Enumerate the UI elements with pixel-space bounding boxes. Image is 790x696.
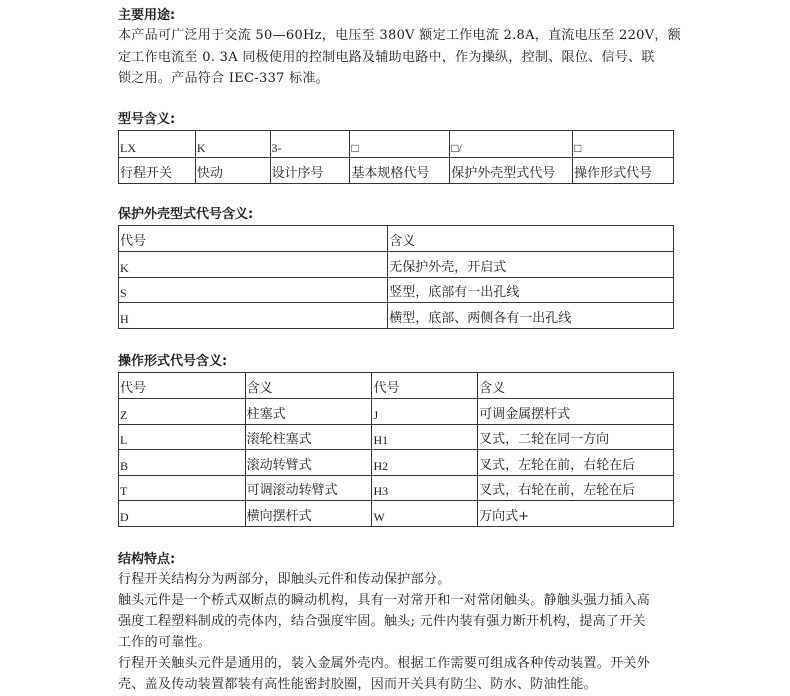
code-cell: K [119, 252, 388, 278]
usage-line: 锁之用。产品符合 IEC-337 标准。 [118, 68, 678, 90]
column-header: 代号 [372, 373, 478, 399]
table-header-row: 代号 含义 代号 含义 [119, 373, 674, 399]
column-header: 代号 [119, 226, 388, 252]
model-meaning-cell: 行程开关 [119, 158, 196, 184]
meaning-cell: 竖型，底部有一出孔线 [388, 278, 674, 303]
code-cell: L [119, 425, 246, 450]
model-meaning-cell: 设计序号 [270, 158, 350, 184]
usage-heading: 主要用途: [118, 8, 175, 24]
column-header: 含义 [388, 226, 674, 252]
table-header-row: 代号 含义 [119, 226, 674, 252]
structure-line: 行程开关触头元件是通用的，装入金属外壳内。根据工作需要可组成各种传动装置。开关外 [118, 653, 678, 674]
meaning-cell: 叉式，左轮在前，右轮在后 [478, 450, 674, 476]
model-code-cell: □/ [450, 131, 573, 158]
model-meaning-cell: 操作形式代号 [573, 158, 674, 184]
meaning-cell: 万向式+ [478, 501, 674, 527]
meaning-cell: 叉式，二轮在同一方向 [478, 425, 674, 450]
structure-line: 触头元件是一个桥式双断点的瞬动机构，具有一对常开和一对常闭触头。静触头强力插入高 [118, 590, 678, 611]
model-code-cell: K [195, 131, 270, 158]
operation-table: 代号 含义 代号 含义 Z 柱塞式 J 可调金属摆杆式 L 滚轮柱塞式 H1 叉… [118, 372, 674, 527]
model-code-cell: 3- [270, 131, 350, 158]
code-cell: H3 [372, 476, 478, 501]
structure-paragraph: 行程开关结构分为两部分，即触头元件和传动保护部分。 触头元件是一个桥式双断点的瞬… [118, 569, 678, 695]
model-meaning-cell: 快动 [195, 158, 270, 184]
meaning-cell: 可调滚动转臂式 [245, 476, 372, 501]
structure-line: 行程开关结构分为两部分，即触头元件和传动保护部分。 [118, 569, 678, 590]
operation-heading: 操作形式代号含义: [118, 354, 227, 370]
code-cell: T [119, 476, 246, 501]
column-header: 含义 [245, 373, 372, 399]
table-row: T 可调滚动转臂式 H3 叉式，右轮在前，左轮在后 [119, 476, 674, 501]
model-meaning-table: LX K 3- □ □/ □ 行程开关 快动 设计序号 基本规格代号 保护外壳型… [118, 130, 674, 184]
usage-paragraph: 本产品可广泛用于交流 50—60Hz，电压至 380V 额定工作电流 2.8A，… [118, 25, 678, 90]
code-cell: Z [119, 399, 246, 425]
table-row: H 横型，底部、两侧各有一出孔线 [119, 303, 674, 329]
code-cell: J [372, 399, 478, 425]
model-meaning-heading: 型号含义: [118, 112, 175, 128]
meaning-cell: 叉式，右轮在前，左轮在后 [478, 476, 674, 501]
enclosure-table: 代号 含义 K 无保护外壳，开启式 S 竖型，底部有一出孔线 H 横型，底部、两… [118, 225, 674, 329]
model-meaning-cell: 基本规格代号 [350, 158, 450, 184]
model-meaning-cell: 保护外壳型式代号 [450, 158, 573, 184]
model-code-cell: □ [350, 131, 450, 158]
code-cell: W [372, 501, 478, 527]
column-header: 含义 [478, 373, 674, 399]
structure-line: 壳、盖及传动装置都装有高性能密封胶圈，因而开关具有防尘、防水、防油性能。 [118, 674, 678, 695]
code-cell: H2 [372, 450, 478, 476]
usage-line: 本产品可广泛用于交流 50—60Hz，电压至 380V 额定工作电流 2.8A，… [118, 25, 678, 47]
meaning-cell: 滚轮柱塞式 [245, 425, 372, 450]
table-row: S 竖型，底部有一出孔线 [119, 278, 674, 303]
structure-line: 强度工程塑料制成的壳体内，结合强度牢固。触头; 元件内装有强力断开机构，提高了开… [118, 611, 678, 632]
meaning-cell: 滚动转臂式 [245, 450, 372, 476]
model-code-cell: □ [573, 131, 674, 158]
table-row: LX K 3- □ □/ □ [119, 131, 674, 158]
meaning-cell: 横向摆杆式 [245, 501, 372, 527]
table-row: K 无保护外壳，开启式 [119, 252, 674, 278]
code-cell: H1 [372, 425, 478, 450]
meaning-cell: 无保护外壳，开启式 [388, 252, 674, 278]
code-cell: H [119, 303, 388, 329]
table-row: D 横向摆杆式 W 万向式+ [119, 501, 674, 527]
structure-line: 工作的可靠性。 [118, 632, 678, 653]
table-row: Z 柱塞式 J 可调金属摆杆式 [119, 399, 674, 425]
enclosure-heading: 保护外壳型式代号含义: [118, 207, 253, 223]
column-header: 代号 [119, 373, 246, 399]
structure-heading: 结构特点: [118, 552, 175, 568]
table-row: 行程开关 快动 设计序号 基本规格代号 保护外壳型式代号 操作形式代号 [119, 158, 674, 184]
table-row: B 滚动转臂式 H2 叉式，左轮在前，右轮在后 [119, 450, 674, 476]
meaning-cell: 可调金属摆杆式 [478, 399, 674, 425]
code-cell: B [119, 450, 246, 476]
meaning-cell: 柱塞式 [245, 399, 372, 425]
table-row: L 滚轮柱塞式 H1 叉式，二轮在同一方向 [119, 425, 674, 450]
code-cell: D [119, 501, 246, 527]
code-cell: S [119, 278, 388, 303]
model-code-cell: LX [119, 131, 196, 158]
meaning-cell: 横型，底部、两侧各有一出孔线 [388, 303, 674, 329]
usage-line: 定工作电流至 0. 3A 同极使用的控制电路及辅助电路中，作为操纵，控制、限位、… [118, 47, 678, 69]
